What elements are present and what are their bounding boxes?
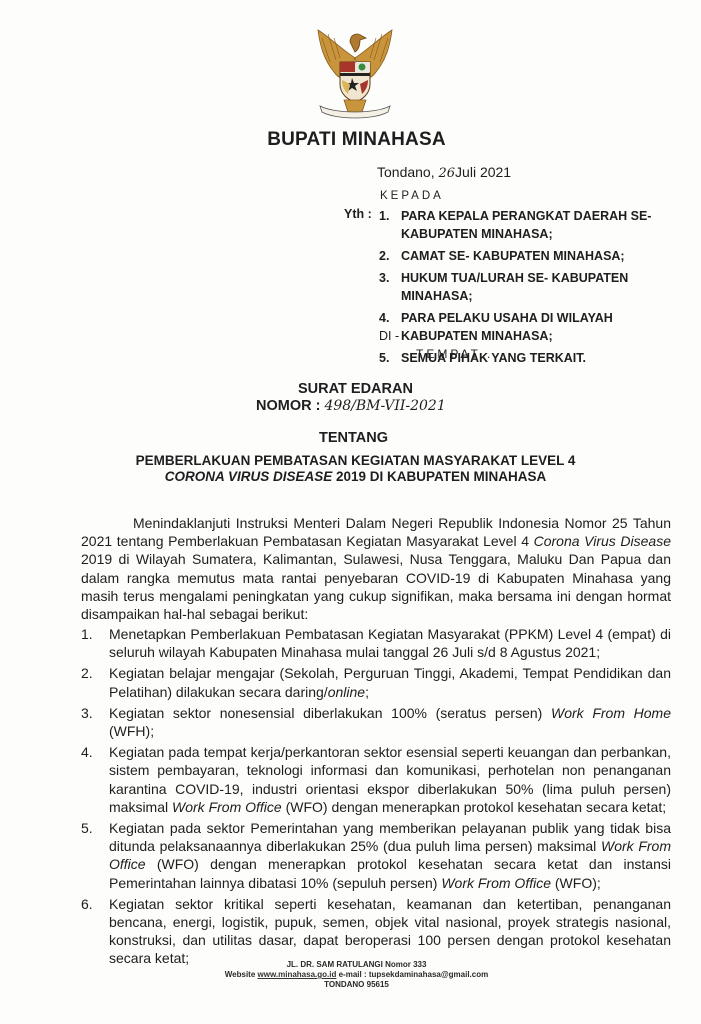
nomor-value-handwritten: 498/BM-VII-2021: [324, 398, 445, 414]
nomor-label: NOMOR :: [256, 398, 320, 414]
intro-paragraph: Menindaklanjuti Instruksi Menteri Dalam …: [81, 514, 671, 623]
directive-item: 3.Kegiatan sektor nonesensial diberlakuk…: [81, 704, 671, 740]
footer-address: JL. DR. SAM RATULANGI Nomor 333: [12, 960, 701, 970]
tempat-label: TEMPAT .: [416, 347, 493, 361]
directive-item: 6.Kegiatan sektor kritikal seperti keseh…: [81, 895, 671, 968]
office-title: BUPATI MINAHASA: [0, 129, 701, 151]
garuda-emblem-icon: [300, 28, 410, 123]
di-label: DI -: [379, 329, 399, 343]
footer-city: TONDANO 95615: [12, 980, 701, 990]
website-link[interactable]: www.minahasa.go.id: [258, 970, 337, 979]
kepada-label: KEPADA: [380, 190, 444, 202]
recipient-item: 4.PARA PELAKU USAHA DI WILAYAH KABUPATEN…: [379, 309, 679, 345]
date-month-year: Juli 2021: [455, 164, 511, 180]
footer-contact: Website www.minahasa.go.id e-mail : tups…: [12, 970, 701, 980]
letter-footer: JL. DR. SAM RATULANGI Nomor 333 Website …: [0, 960, 701, 990]
directive-item: 5.Kegiatan pada sektor Pemerintahan yang…: [81, 819, 671, 892]
directive-item: 2.Kegiatan belajar mengajar (Sekolah, Pe…: [81, 664, 671, 700]
recipient-item: 3.HUKUM TUA/LURAH SE- KABUPATEN MINAHASA…: [379, 269, 679, 305]
circular-subject: PEMBERLAKUAN PEMBATASAN KEGIATAN MASYARA…: [0, 453, 701, 485]
document-page: BUPATI MINAHASA Tondano, 26Juli 2021 KEP…: [0, 0, 701, 1024]
circular-number: NOMOR :498/BM-VII-2021: [256, 398, 446, 414]
date-day-handwritten: 26: [439, 166, 456, 181]
circular-title: SURAT EDARAN: [298, 381, 413, 397]
directive-item: 4.Kegiatan pada tempat kerja/perkantoran…: [81, 743, 671, 816]
yth-label: Yth :: [344, 207, 372, 221]
subject-line-1: PEMBERLAKUAN PEMBATASAN KEGIATAN MASYARA…: [10, 453, 701, 469]
recipient-item: 1.PARA KEPALA PERANGKAT DAERAH SE- KABUP…: [379, 207, 679, 243]
directive-list: 1.Menetapkan Pemberlakuan Pembatasan Keg…: [81, 625, 671, 971]
subject-line-2: CORONA VIRUS DISEASE 2019 DI KABUPATEN M…: [10, 469, 701, 485]
tentang-label: TENTANG: [0, 430, 701, 446]
footer-email: e-mail : tupsekdaminahasa@gmail.com: [339, 970, 489, 979]
date-place: Tondano,: [377, 164, 435, 180]
letter-date: Tondano, 26Juli 2021: [377, 164, 511, 181]
directive-item: 1.Menetapkan Pemberlakuan Pembatasan Keg…: [81, 625, 671, 661]
recipient-item: 2.CAMAT SE- KABUPATEN MINAHASA;: [379, 247, 679, 265]
